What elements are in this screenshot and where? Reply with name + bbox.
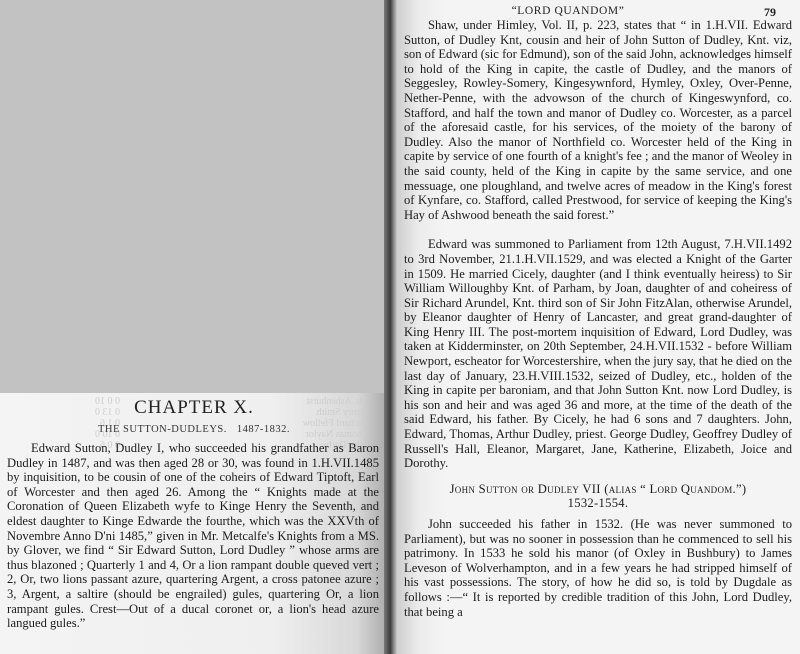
section-heading-title: John Sutton or Dudley VII (alias “ Lord … bbox=[404, 482, 792, 497]
right-page-body: Shaw, under Himley, Vol. II, p. 223, sta… bbox=[404, 18, 792, 619]
running-head: “LORD QUANDOM” bbox=[398, 5, 738, 17]
chapter-subtitle-text: THE SUTTON-DUDLEYS. bbox=[98, 424, 227, 435]
left-page-body: Edward Sutton, Dudley I, who succeeded h… bbox=[7, 441, 379, 631]
paragraph: Edward was summoned to Parliament from 1… bbox=[404, 237, 792, 471]
chapter-subtitle: THE SUTTON-DUDLEYS.1487-1832. bbox=[0, 424, 388, 435]
chapter-dates: 1487-1832. bbox=[237, 424, 290, 435]
section-heading: John Sutton or Dudley VII (alias “ Lord … bbox=[404, 482, 792, 511]
book-spread: 0 0 10 0 13 0 0 1 6 0 10 0 0 0 6 Mr. Ash… bbox=[0, 0, 800, 654]
redacted-gray-region bbox=[0, 0, 386, 393]
paragraph: Shaw, under Himley, Vol. II, p. 223, sta… bbox=[404, 18, 792, 222]
book-gutter bbox=[384, 0, 398, 654]
left-page: 0 0 10 0 13 0 0 1 6 0 10 0 0 0 6 Mr. Ash… bbox=[0, 0, 388, 654]
section-heading-dates: 1532-1554. bbox=[404, 496, 792, 511]
paragraph: Edward Sutton, Dudley I, who succeeded h… bbox=[7, 441, 379, 631]
chapter-title: CHAPTER X. bbox=[0, 397, 388, 419]
paragraph: John succeeded his father in 1532. (He w… bbox=[404, 517, 792, 619]
